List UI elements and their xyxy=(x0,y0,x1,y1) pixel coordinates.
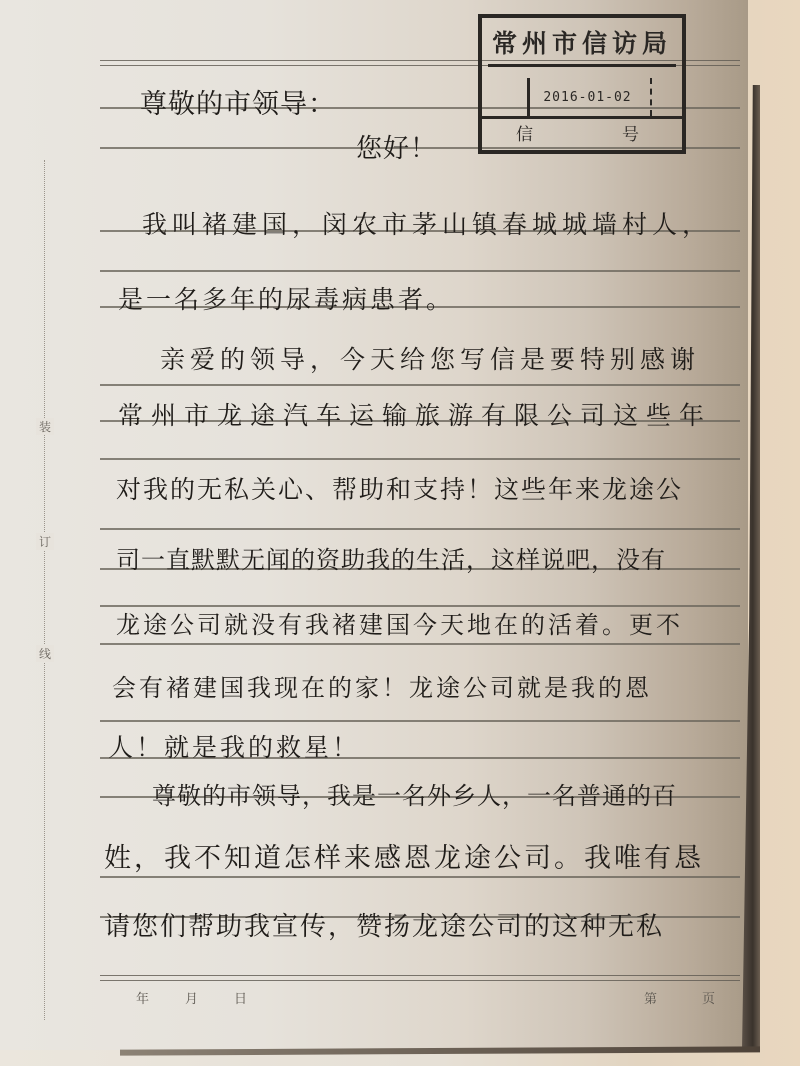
letter-line: 人！就是我的救星！ xyxy=(108,728,360,764)
stamp-field-xin: 信 xyxy=(516,120,533,145)
ruled-line xyxy=(100,458,740,460)
footer-year-label: 年 xyxy=(136,988,149,1007)
letter-line: 亲爱的领导，今天给您写信是要特别感谢 xyxy=(160,340,700,376)
stamp-divider xyxy=(650,78,652,116)
footer-day-label: 日 xyxy=(234,988,247,1007)
letter-line: 请您们帮助我宣传，赞扬龙途公司的这种无私 xyxy=(104,906,664,943)
ruled-line xyxy=(100,528,740,530)
letter-line: 我叫褚建国，闵农市茅山镇春城城墙村人， xyxy=(142,205,712,241)
letter-line: 司一直默默无闻的资助我的生活，这样说吧，没有 xyxy=(116,540,666,575)
binding-label-zhuang: 装 xyxy=(36,418,54,435)
footer-page-prefix: 第 xyxy=(644,988,657,1007)
petition-bureau-stamp: 常州市信访局 2016-01-02 信 号 xyxy=(478,14,686,154)
stamp-field-hao: 号 xyxy=(622,120,639,145)
letter-line: 会有褚建国我现在的家！龙途公司就是我的恩 xyxy=(112,668,652,703)
letter-greeting: 您好！ xyxy=(356,128,437,165)
stamp-date: 2016-01-02 xyxy=(527,78,645,118)
ruled-line xyxy=(100,720,740,722)
ruled-line xyxy=(100,384,740,386)
footer-month-label: 月 xyxy=(185,988,198,1007)
letter-line: 姓，我不知道怎样来感恩龙途公司。我唯有恳 xyxy=(104,836,704,875)
letter-paper: 装 订 线 常州市信访局 2016-01-02 信 号 尊敬的市领导： 您好！ … xyxy=(0,0,748,1050)
ruled-line xyxy=(100,270,740,272)
letter-line: 对我的无私关心、帮助和支持！这些年来龙途公 xyxy=(116,470,683,506)
binding-label-ding: 订 xyxy=(36,533,54,550)
stamp-divider xyxy=(482,116,682,119)
ruled-line xyxy=(100,876,740,878)
letter-salutation: 尊敬的市领导： xyxy=(140,82,336,121)
footer-page-suffix: 页 xyxy=(702,988,715,1007)
letter-line: 常州市龙途汽车运输旅游有限公司这些年 xyxy=(118,396,712,432)
ruled-line xyxy=(100,643,740,645)
binding-label-xian: 线 xyxy=(36,645,54,662)
letter-line: 尊敬的市领导，我是一名外乡人，一名普通的百 xyxy=(152,776,677,811)
letter-line: 是一名多年的尿毒病患者。 xyxy=(118,280,454,316)
ruled-line-footer xyxy=(100,975,740,981)
stamp-title: 常州市信访局 xyxy=(488,24,676,67)
letter-line: 龙途公司就没有我褚建国今天地在的活着。更不 xyxy=(116,605,683,640)
binding-dotted-line xyxy=(44,160,46,1020)
